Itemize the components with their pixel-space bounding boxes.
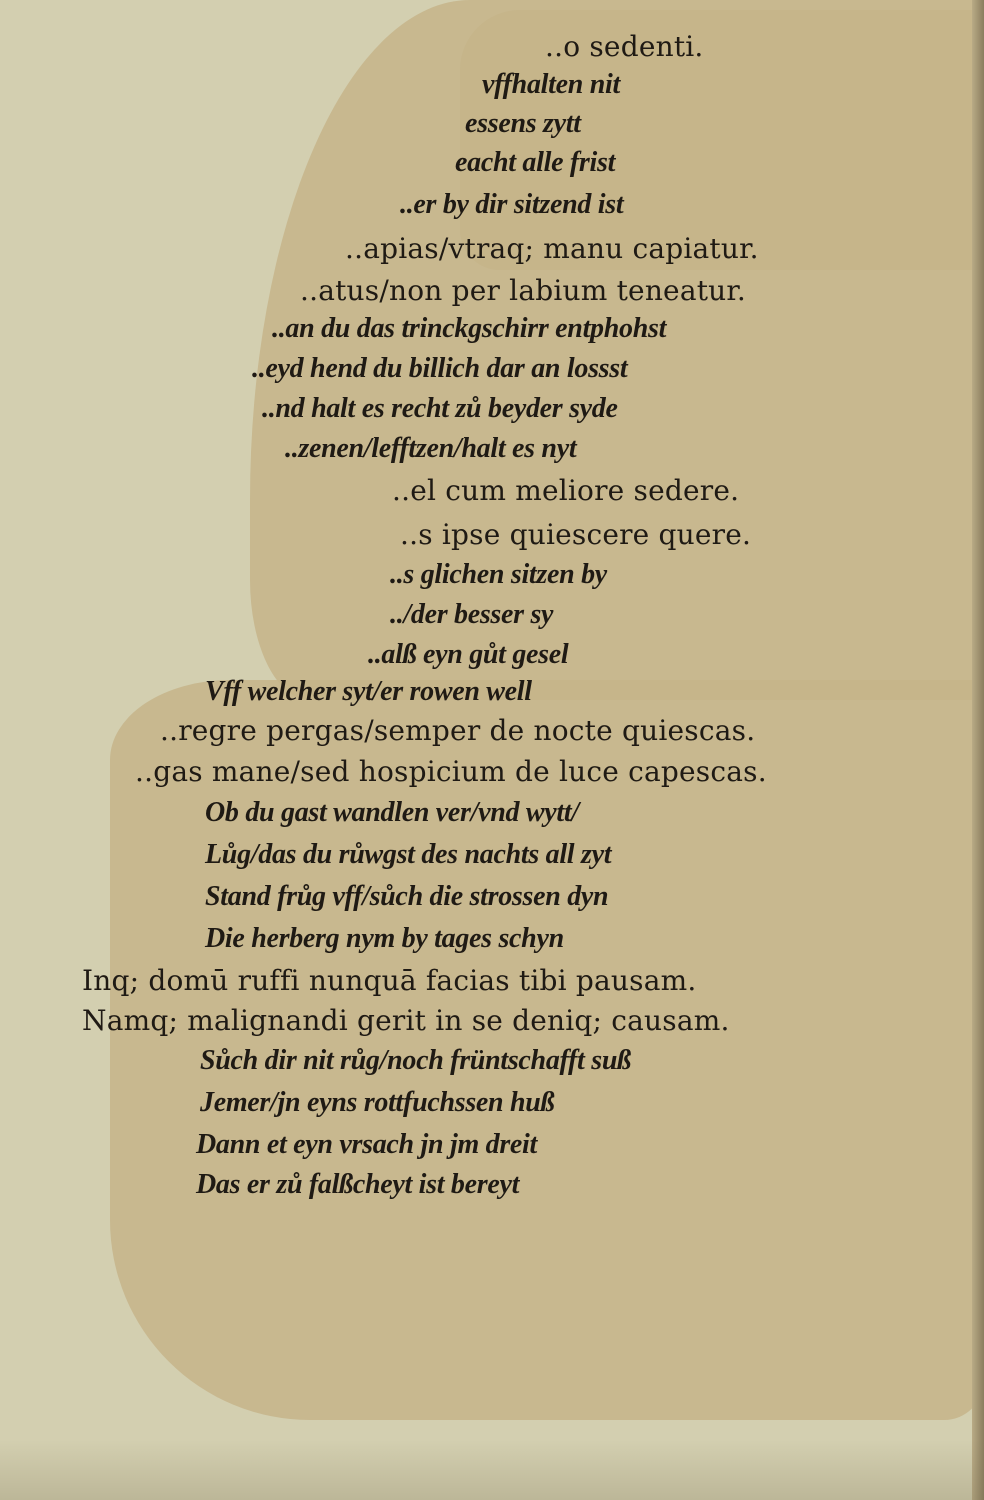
latin-verse-line: Namq; malignandi gerit in se deniq; caus… bbox=[82, 1004, 730, 1038]
latin-verse-line: Inq; domū ruffi nunquā facias tibi pausa… bbox=[82, 964, 696, 998]
german-verse-line: Dann et eyn vrsach jn jm dreit bbox=[196, 1128, 537, 1162]
german-verse-line: ..nd halt es recht zů beyder syde bbox=[262, 392, 618, 426]
german-verse-line: ..eyd hend du billich dar an lossst bbox=[252, 352, 627, 386]
german-verse-line: Ob du gast wandlen ver/vnd wytt/ bbox=[205, 796, 579, 830]
german-verse-line: vffhalten nit bbox=[482, 68, 620, 102]
german-verse-line: ..s glichen sitzen by bbox=[390, 558, 607, 592]
book-page: ..o sedenti.vffhalten nitessens zytteach… bbox=[0, 0, 984, 1500]
german-verse-line: Das er zů falßcheyt ist bereyt bbox=[196, 1168, 519, 1202]
german-verse-line: Sůch dir nit růg/noch früntschafft suß bbox=[200, 1044, 631, 1078]
german-verse-line: essens zytt bbox=[465, 107, 581, 141]
german-verse-line: Vff welcher syt/er rowen well bbox=[205, 675, 532, 709]
german-verse-line: ..zenen/lefftzen/halt es nyt bbox=[285, 432, 576, 466]
latin-verse-line: ..o sedenti. bbox=[545, 30, 704, 64]
german-verse-line: Jemer/jn eyns rottfuchssen huß bbox=[200, 1086, 554, 1120]
latin-verse-line: ..el cum meliore sedere. bbox=[392, 474, 739, 508]
latin-verse-line: ..atus/non per labium teneatur. bbox=[300, 274, 746, 308]
german-verse-line: Stand frůg vff/sůch die strossen dyn bbox=[205, 880, 608, 914]
german-verse-line: ..alß eyn gůt gesel bbox=[368, 638, 568, 672]
german-verse-line: Die herberg nym by tages schyn bbox=[205, 922, 564, 956]
latin-verse-line: ..s ipse quiescere quere. bbox=[400, 518, 751, 552]
german-verse-line: ..er by dir sitzend ist bbox=[400, 188, 623, 222]
german-verse-line: Lůg/das du růwgst des nachts all zyt bbox=[205, 838, 611, 872]
latin-verse-line: ..gas mane/sed hospicium de luce capesca… bbox=[135, 755, 767, 789]
german-verse-line: ../der besser sy bbox=[390, 598, 553, 632]
latin-verse-line: ..apias/vtraq; manu capiatur. bbox=[345, 232, 759, 266]
latin-verse-line: ..regre pergas/semper de nocte quiescas. bbox=[160, 714, 755, 748]
german-verse-line: ..an du das trinckgschirr entphohst bbox=[272, 312, 666, 346]
german-verse-line: eacht alle frist bbox=[455, 146, 615, 180]
text-block: ..o sedenti.vffhalten nitessens zytteach… bbox=[0, 0, 984, 1500]
